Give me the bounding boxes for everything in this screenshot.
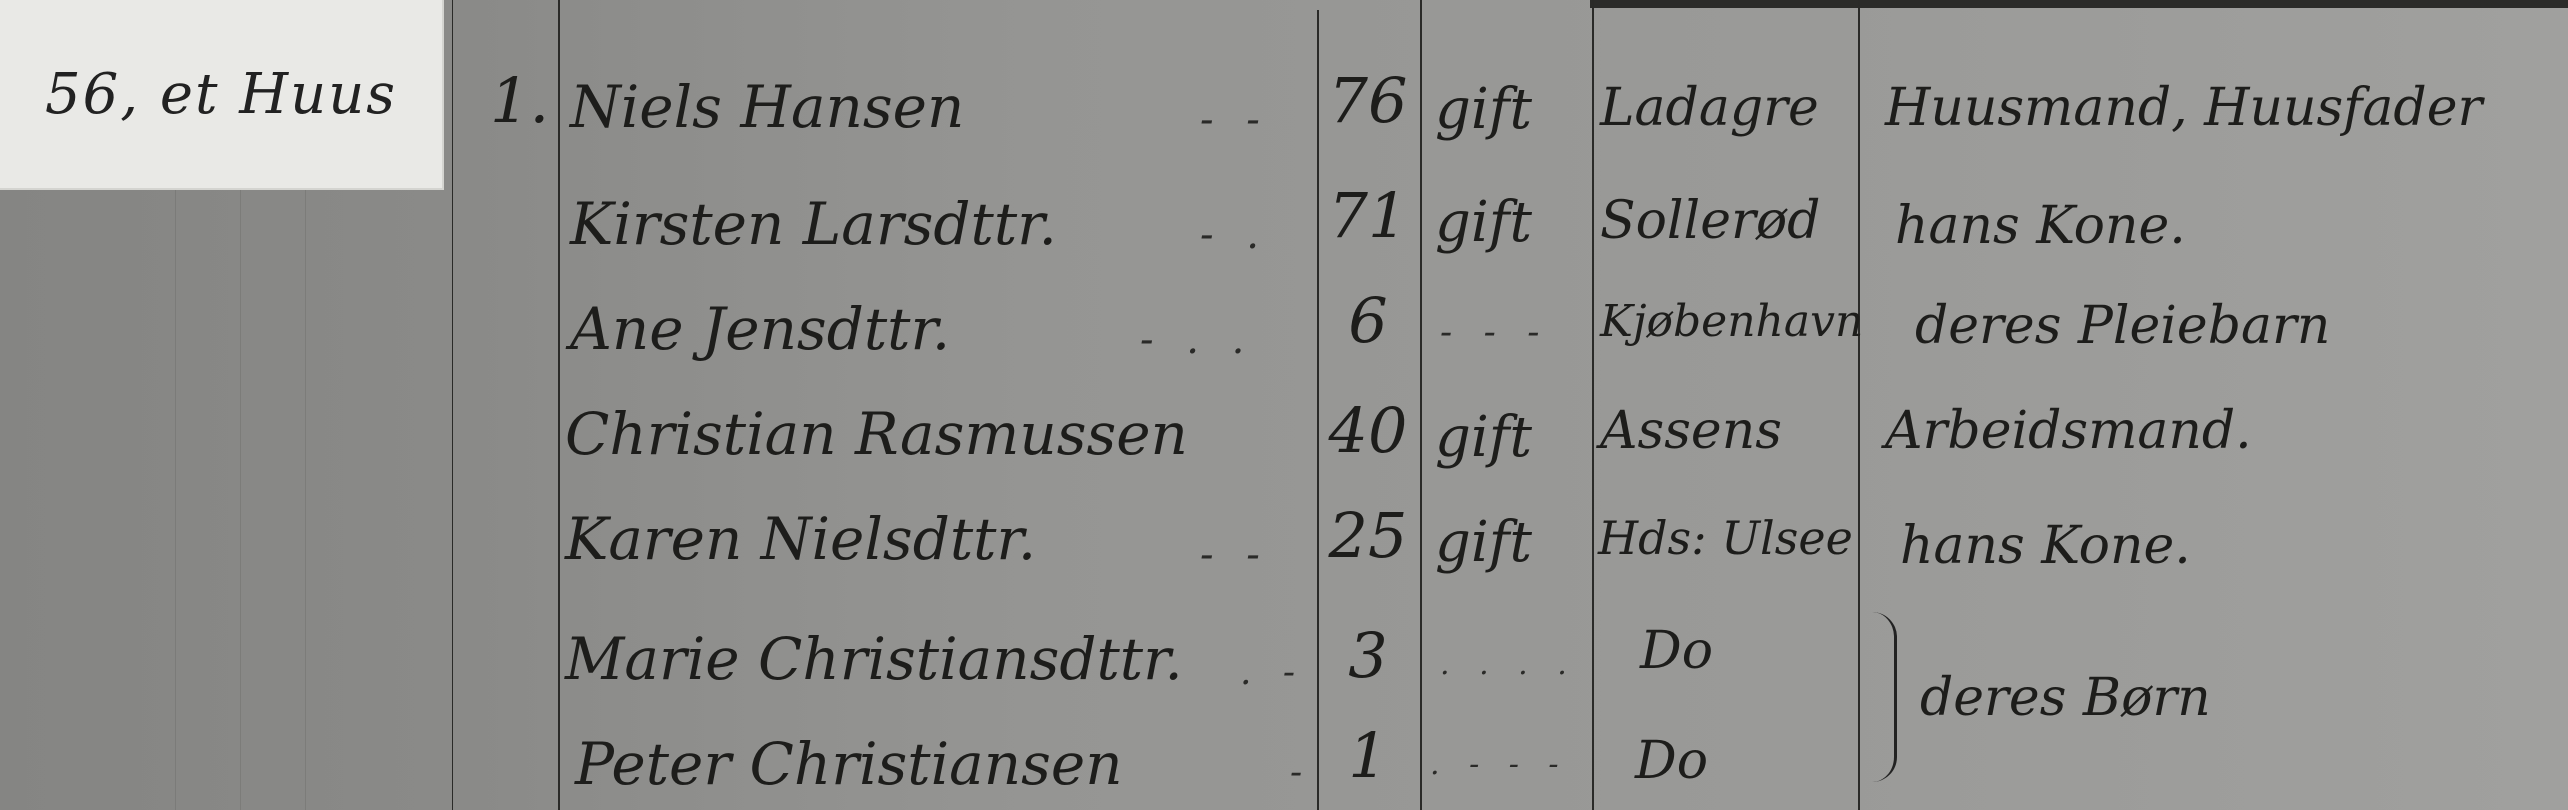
occupation: hans Kone. (1900, 520, 2191, 572)
person-name: Christian Rasmussen (565, 405, 1188, 463)
occupation: Arbeidsmand. (1885, 405, 2252, 457)
civil-status: gift (1435, 82, 1532, 138)
leader-dots: - . . (1140, 320, 1254, 360)
column-rule (452, 0, 453, 810)
column-rule (1858, 0, 1860, 810)
person-age: 25 (1318, 505, 1418, 567)
birthplace: Sollerød (1600, 195, 1820, 247)
birthplace: Ladagre (1600, 82, 1819, 134)
archive-label: 56, et Huus (0, 0, 444, 190)
leader-dots: - . (1200, 215, 1269, 255)
civil-status: . . . . (1440, 650, 1577, 680)
person-age: 1 (1318, 725, 1418, 787)
birthplace-ditto: Do (1635, 735, 1708, 787)
birthplace-ditto: Do (1640, 625, 1713, 677)
civil-status: gift (1435, 195, 1532, 251)
leader-dots: - - (1200, 535, 1270, 575)
person-name: Ane Jensdttr. (570, 300, 950, 358)
person-name: Karen Nielsdttr. (565, 510, 1036, 568)
occupation: deres Pleiebarn (1915, 300, 2330, 352)
person-name: Marie Christiansdttr. (565, 630, 1183, 688)
birthplace: Assens (1600, 405, 1782, 457)
birthplace: Kjøbenhavn (1600, 300, 1863, 344)
person-age: 3 (1318, 625, 1418, 687)
header-rule (1590, 0, 2568, 8)
label-text: 56, et Huus (45, 62, 397, 127)
person-name: Kirsten Larsdttr. (570, 195, 1057, 253)
civil-status: - - - (1440, 315, 1549, 351)
column-rule (558, 0, 560, 810)
leader-dots: - - (1200, 100, 1270, 140)
civil-status: gift (1435, 410, 1532, 466)
person-name: Niels Hansen (570, 78, 964, 136)
civil-status: gift (1435, 515, 1532, 571)
person-age: 76 (1318, 70, 1418, 132)
occupation: Huusmand, Huusfader (1885, 82, 2482, 134)
birthplace: Hds: Ulsee (1598, 515, 1853, 561)
census-page-scan: 56, et Huus 1. Niels Hansen - - 76 gift … (0, 0, 2568, 810)
column-rule (1420, 0, 1422, 810)
children-note: deres Børn (1920, 672, 2211, 724)
bracket (1872, 612, 1897, 782)
leader-dots: . - (1240, 655, 1305, 691)
household-number: 1. (490, 70, 549, 132)
column-rule (1592, 0, 1594, 810)
person-age: 71 (1318, 185, 1418, 247)
occupation: hans Kone. (1895, 200, 2186, 252)
person-age: 40 (1318, 400, 1418, 462)
person-age: 6 (1318, 290, 1418, 352)
person-name: Peter Christiansen (575, 735, 1123, 793)
leader-dots: - (1290, 755, 1312, 791)
civil-status: . - - - (1430, 750, 1569, 780)
